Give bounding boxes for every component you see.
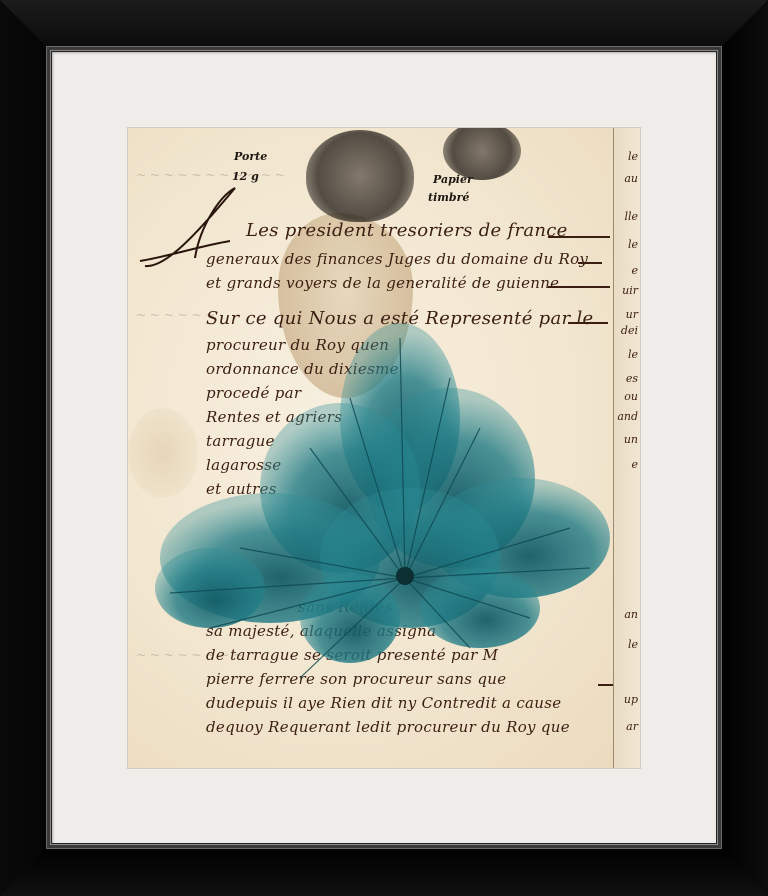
margin-word: le bbox=[628, 150, 638, 163]
frame-left-rail bbox=[0, 0, 47, 896]
picture-frame: ~ ~ ~ ~ ~ ~ ~ ~ ~ ~ ~ ~ ~ ~ ~ ~ ~ ~ ~ ~ … bbox=[0, 0, 768, 896]
margin-word: le bbox=[628, 638, 638, 651]
bleed-through-text: ~ ~ ~ ~ ~ ~ ~ ~ ~ ~ ~ bbox=[136, 168, 285, 182]
artwork-print: ~ ~ ~ ~ ~ ~ ~ ~ ~ ~ ~ ~ ~ ~ ~ ~ ~ ~ ~ ~ … bbox=[127, 127, 641, 769]
margin-word: an bbox=[624, 608, 638, 621]
margin-word: ou bbox=[624, 390, 638, 403]
frame-bottom-rail bbox=[0, 846, 768, 896]
stamp-label: Porte bbox=[234, 150, 267, 163]
wax-seal-stamp bbox=[306, 130, 414, 222]
margin-word: le bbox=[628, 348, 638, 361]
margin-word: e bbox=[631, 458, 638, 471]
margin-word: up bbox=[624, 693, 638, 706]
margin-word: au bbox=[624, 172, 638, 185]
line-filler-rule bbox=[548, 286, 610, 288]
margin-word: es bbox=[626, 372, 638, 385]
margin-word: un bbox=[624, 433, 638, 446]
margin-word: dei bbox=[621, 324, 638, 337]
frame-right-rail bbox=[721, 0, 768, 896]
line-filler-rule bbox=[548, 236, 610, 238]
stamp-label: Papier bbox=[433, 173, 473, 186]
manuscript-line: dudepuis il aye Rien dit ny Contredit a … bbox=[206, 694, 561, 712]
margin-word: lle bbox=[624, 210, 638, 223]
seaweed-specimen-icon bbox=[150, 318, 620, 688]
margin-word: ar bbox=[626, 720, 638, 733]
stamp-label: timbré bbox=[428, 191, 469, 204]
manuscript-line: Les president tresoriers de france bbox=[246, 220, 568, 241]
stamp-label: 12 g bbox=[232, 170, 259, 183]
manuscript-line: dequoy Requerant ledit procureur du Roy … bbox=[206, 718, 570, 736]
margin-word: uir bbox=[622, 284, 638, 297]
manuscript-line: generaux des finances Juges du domaine d… bbox=[206, 250, 588, 268]
margin-word: ur bbox=[626, 308, 638, 321]
line-filler-rule bbox=[578, 262, 602, 264]
margin-word: le bbox=[628, 238, 638, 251]
manuscript-line: et grands voyers de la generalité de gui… bbox=[206, 274, 559, 292]
frame-top-rail bbox=[0, 0, 768, 47]
margin-word: e bbox=[631, 264, 638, 277]
margin-word: and bbox=[617, 410, 638, 423]
